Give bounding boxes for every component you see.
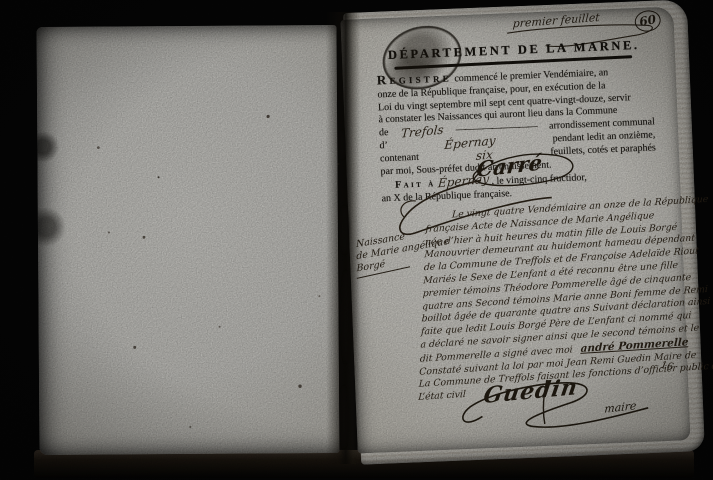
foxing-spots <box>158 176 160 178</box>
gutter-ink-blot <box>341 387 347 447</box>
page-paraph-mark: 16 <box>660 360 675 373</box>
printed-d-apostrophe: d’ <box>379 140 388 153</box>
gutter-ink-blot <box>340 207 349 253</box>
left-blank-page <box>37 25 340 455</box>
gutter-ink-blot <box>339 132 345 158</box>
register-page: premier feuillet 60 DÉPARTEMENT DE LA MA… <box>340 6 690 453</box>
printed-contenant: contenant <box>380 152 419 166</box>
binding-gutter <box>326 12 360 464</box>
scanned-register-spread: premier feuillet 60 DÉPARTEMENT DE LA MA… <box>0 0 713 480</box>
printed-de: de <box>379 127 389 140</box>
gutter-ink-blot <box>342 272 350 362</box>
